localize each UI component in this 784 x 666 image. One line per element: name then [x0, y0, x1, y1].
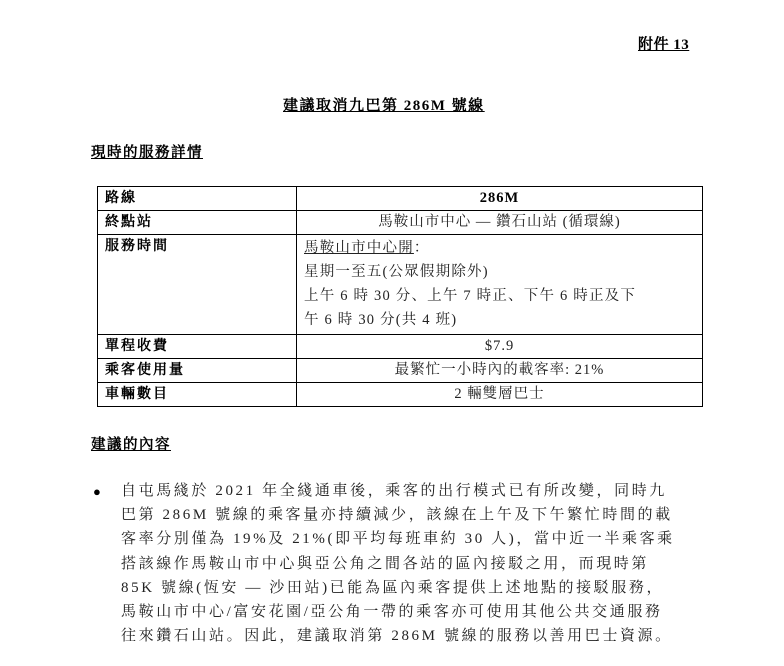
row-label: 終點站: [98, 211, 297, 235]
table-row-fare: 單程收費 $7.9: [98, 335, 703, 359]
row-label: 單程收費: [98, 335, 297, 359]
proposal-paragraph: 自屯馬綫於 2021 年全綫通車後，乘客的出行模式已有所改變，同時九 巴第 28…: [121, 479, 701, 648]
service-details-table: 路線 286M 終點站 馬鞍山市中心 — 鑽石山站 (循環線) 服務時間 馬鞍山…: [97, 186, 703, 407]
bullet-icon: ●: [93, 484, 101, 500]
service-hours-line: 上午 6 時 30 分、上午 7 時正、下午 6 時正及下: [304, 284, 695, 308]
row-label: 車輛數目: [98, 383, 297, 407]
service-hours-line: 星期一至五(公眾假期除外): [304, 260, 695, 284]
document-title: 建議取消九巴第 286M 號線: [283, 94, 485, 115]
paragraph-line: 客率分別僅為 19%及 21%(即平均每班車約 30 人)，當中近一半乘客乘: [121, 527, 701, 551]
table-row-service-hours: 服務時間 馬鞍山市中心開： 星期一至五(公眾假期除外) 上午 6 時 30 分、…: [98, 235, 703, 335]
service-hours-value: 馬鞍山市中心開： 星期一至五(公眾假期除外) 上午 6 時 30 分、上午 7 …: [297, 235, 703, 335]
table-row-patronage: 乘客使用量 最繁忙一小時內的載客率: 21%: [98, 359, 703, 383]
table-row-vehicles: 車輛數目 2 輛雙層巴士: [98, 383, 703, 407]
paragraph-line: 搭該線作馬鞍山市中心與亞公角之間各站的區內接駁之用，而現時第: [121, 552, 701, 576]
paragraph-line: 馬鞍山市中心/富安花園/亞公角一帶的乘客亦可使用其他公共交通服務: [121, 600, 701, 624]
section-heading-proposal: 建議的內容: [91, 433, 171, 454]
paragraph-line: 往來鑽石山站。因此，建議取消第 286M 號線的服務以善用巴士資源。: [121, 624, 701, 648]
row-label: 路線: [98, 187, 297, 211]
paragraph-line: 巴第 286M 號線的乘客量亦持續減少，該線在上午及下午繁忙時間的載: [121, 503, 701, 527]
patronage-value: 最繁忙一小時內的載客率: 21%: [297, 359, 703, 383]
vehicles-value: 2 輛雙層巴士: [297, 383, 703, 407]
annex-label: 附件 13: [638, 33, 689, 54]
paragraph-line: 自屯馬綫於 2021 年全綫通車後，乘客的出行模式已有所改變，同時九: [121, 479, 701, 503]
table-row-terminus: 終點站 馬鞍山市中心 — 鑽石山站 (循環線): [98, 211, 703, 235]
departure-colon: ：: [414, 240, 430, 256]
terminus-value: 馬鞍山市中心 — 鑽石山站 (循環線): [297, 211, 703, 235]
paragraph-line: 85K 號線(恆安 — 沙田站)已能為區內乘客提供上述地點的接駁服務，: [121, 576, 701, 600]
departure-point: 馬鞍山市中心開: [304, 240, 414, 256]
route-value: 286M: [297, 187, 703, 211]
row-label: 乘客使用量: [98, 359, 297, 383]
service-hours-line: 午 6 時 30 分(共 4 班): [304, 308, 695, 332]
section-heading-current-service: 現時的服務詳情: [91, 141, 203, 162]
row-label: 服務時間: [98, 235, 297, 335]
table-row-route: 路線 286M: [98, 187, 703, 211]
fare-value: $7.9: [297, 335, 703, 359]
